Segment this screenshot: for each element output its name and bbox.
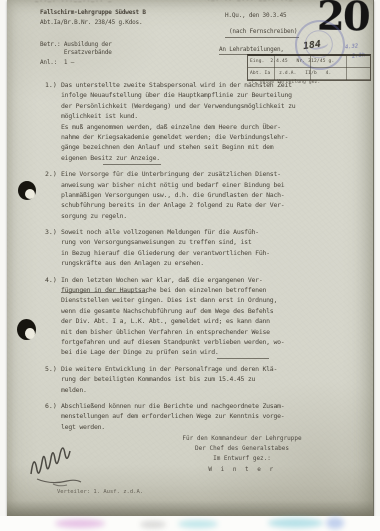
paragraph-number: 5.) (45, 364, 61, 395)
signature-line: Der Chef des Generalstabes (172, 444, 312, 454)
typed-line: nahme der Kriegsakademie gemeldet werden… (61, 132, 361, 142)
scan-edge-strip (0, 516, 380, 531)
registry-stamp-row: Abt. Ia z.d.A. II/b 4. (248, 68, 370, 80)
signature-line: Im Entwurf gez.: (172, 454, 312, 464)
paragraph-lines: Eine Vorsorge für die Unterbringung der … (61, 169, 361, 221)
paragraph-number: 2.) (45, 169, 61, 221)
typed-line: legt werden. (61, 422, 361, 432)
scan-artifact (140, 521, 166, 528)
paragraph-item: 3.) Soweit noch alle vollzogenen Meldung… (45, 227, 361, 269)
punch-hole (18, 181, 36, 200)
header-date-line: H.Qu., den 30.3.45 (225, 11, 286, 20)
typed-line: eigenen Besitz zur Anzeige. (61, 153, 361, 163)
document-scan: —··–· ···——··–·· – ·–· ·· –··· ––·· ··– … (0, 0, 380, 531)
typed-line: der Div. Abt. I a, L.K. Abt., gemeldet w… (61, 316, 361, 326)
stamp-box-grid-line (346, 56, 347, 80)
underline-mark (103, 164, 161, 165)
punch-hole-light (25, 189, 35, 199)
stamp-box-grid-line (274, 56, 275, 80)
paragraph-lines: Abschließend können nur die Berichte und… (61, 401, 361, 432)
paper-sheet: —··–· ···——··–·· – ·–· ·· –··· ––·· ··– … (7, 0, 374, 516)
top-edge-smudge-left: —··–· ···——··–·· – (35, 0, 113, 5)
typed-line: der Persönlichkeit (Werdegang) und der V… (61, 101, 361, 111)
signature-block: Für den Kommandeur der Lehrgruppe Der Ch… (172, 434, 312, 475)
handwritten-signature (27, 446, 105, 490)
typed-line: möglichkeit ist kund. (61, 111, 361, 121)
typed-line: schubführung bereits in der Anlage 2 fol… (61, 200, 361, 210)
typed-line: infolge Neuaufstellung über die Hauptkam… (61, 90, 361, 100)
document-body: 1.) Das unterstellte zweite Stabspersona… (45, 80, 361, 438)
scan-artifact (55, 519, 105, 528)
paragraph-item: 2.) Eine Vorsorge für die Unterbringung … (45, 169, 361, 221)
paragraph-lines: Das unterstellte zweite Stabspersonal wi… (61, 80, 361, 163)
typed-line: Es muß angenommen werden, daß einzelne d… (61, 122, 361, 132)
header-anlagen-line: Anl.: 1 — (40, 58, 74, 67)
typed-line: bei die Lage der Dinge zu prüfen sein wi… (61, 347, 361, 357)
punch-hole-light (25, 328, 35, 339)
paragraph-lines: In den letzten Wochen war klar, daß die … (61, 275, 361, 358)
paragraph-item: 4.) In den letzten Wochen war klar, daß … (45, 275, 361, 358)
underline-mark (217, 358, 269, 359)
paragraph-item: 1.) Das unterstellte zweite Stabspersona… (45, 80, 361, 163)
typed-line: menstellungen auf dem erforderlichen Weg… (61, 411, 361, 421)
distribution-line: Verteiler: 1. Ausf. z.d.A. (57, 489, 143, 495)
header-betr-line2: Ersatzverbände (40, 48, 112, 57)
paragraph-lines: Soweit noch alle vollzogenen Meldungen f… (61, 227, 361, 269)
typed-line: mit dem bisher üblichen Verfahren in ent… (61, 327, 361, 337)
punch-hole (17, 319, 36, 340)
header-transmission-line: (nach Fernschreiben) (229, 27, 297, 36)
typed-line: melden. (61, 385, 361, 395)
typed-line: sorgung zu regeln. (61, 211, 361, 221)
typed-line: rung von Versorgungsanweisungen zu treff… (61, 237, 361, 247)
top-edge-smudge-right: ·–· ·· –··· ––·· ··– (207, 0, 293, 4)
paragraph-item: 5.) Die weitere Entwicklung in der Perso… (45, 364, 361, 395)
blue-pencil-note: 4.32 (345, 43, 359, 50)
registry-stamp-row: Eing. 2.4.45 Nr. 312/45 g. (248, 56, 370, 68)
paragraph-number: 3.) (45, 227, 61, 269)
typed-line: fortgefahren und auf diesem Standpunkt v… (61, 337, 361, 347)
typed-line: Die weitere Entwicklung in der Personalf… (61, 364, 361, 374)
typed-line: Das unterstellte zweite Stabspersonal wi… (61, 80, 361, 90)
typed-line: rungskräfte aus den Anlagen zu ersehen. (61, 258, 361, 268)
scan-artifact (326, 517, 344, 529)
paragraph-item: 6.) Abschließend können nur die Berichte… (45, 401, 361, 432)
typed-line: Abschließend können nur die Berichte und… (61, 401, 361, 411)
underline-mark (225, 37, 299, 38)
paragraph-number: 4.) (45, 275, 61, 358)
typed-line: Dienststellen weiter gingen. Dies ist da… (61, 295, 361, 305)
scan-artifact (268, 518, 323, 528)
typed-line: wenn die gesamte Nachschubführung auf de… (61, 306, 361, 316)
scan-artifact (178, 520, 218, 528)
paragraph-number: 1.) (45, 80, 61, 163)
typed-line: fügungen in der Hauptsache bei den einze… (61, 285, 361, 295)
typed-line: planmäßigen Versorgungen usw., d.h. die … (61, 190, 361, 200)
typed-line: Eine Vorsorge für die Unterbringung der … (61, 169, 361, 179)
typed-line: In den letzten Wochen war klar, daß die … (61, 275, 361, 285)
paragraph-lines: Die weitere Entwicklung in der Personalf… (61, 364, 361, 395)
typed-line: gänge bezeichnen den Anlauf und stehen s… (61, 142, 361, 152)
signature-line: Für den Kommandeur der Lehrgruppe (172, 434, 312, 444)
header-to-line: An Lehrabteilungen, (219, 45, 284, 54)
registry-stamp-box: Eing. 2.4.45 Nr. 312/45 g. Abt. Ia z.d.A… (247, 54, 371, 81)
underline-mark (61, 292, 147, 293)
stamp-box-grid-line (310, 56, 311, 80)
signature-name: W i n t e r (172, 465, 312, 475)
header-unit-line: Fallschirm-Lehrgruppe Südwest B (40, 8, 146, 17)
typed-line: rung der beteiligten Kommandos ist bis z… (61, 374, 361, 384)
typed-line: anweisung war bisher nicht nötig und bed… (61, 180, 361, 190)
header-ref-line: Abt.Ia/Br.B.Nr. 238/45 g.Kdos. (40, 18, 142, 27)
paragraph-number: 6.) (45, 401, 61, 432)
typed-line: Soweit noch alle vollzogenen Meldungen f… (61, 227, 361, 237)
typed-line: in Bezug hierauf die Gliederung der vera… (61, 248, 361, 258)
